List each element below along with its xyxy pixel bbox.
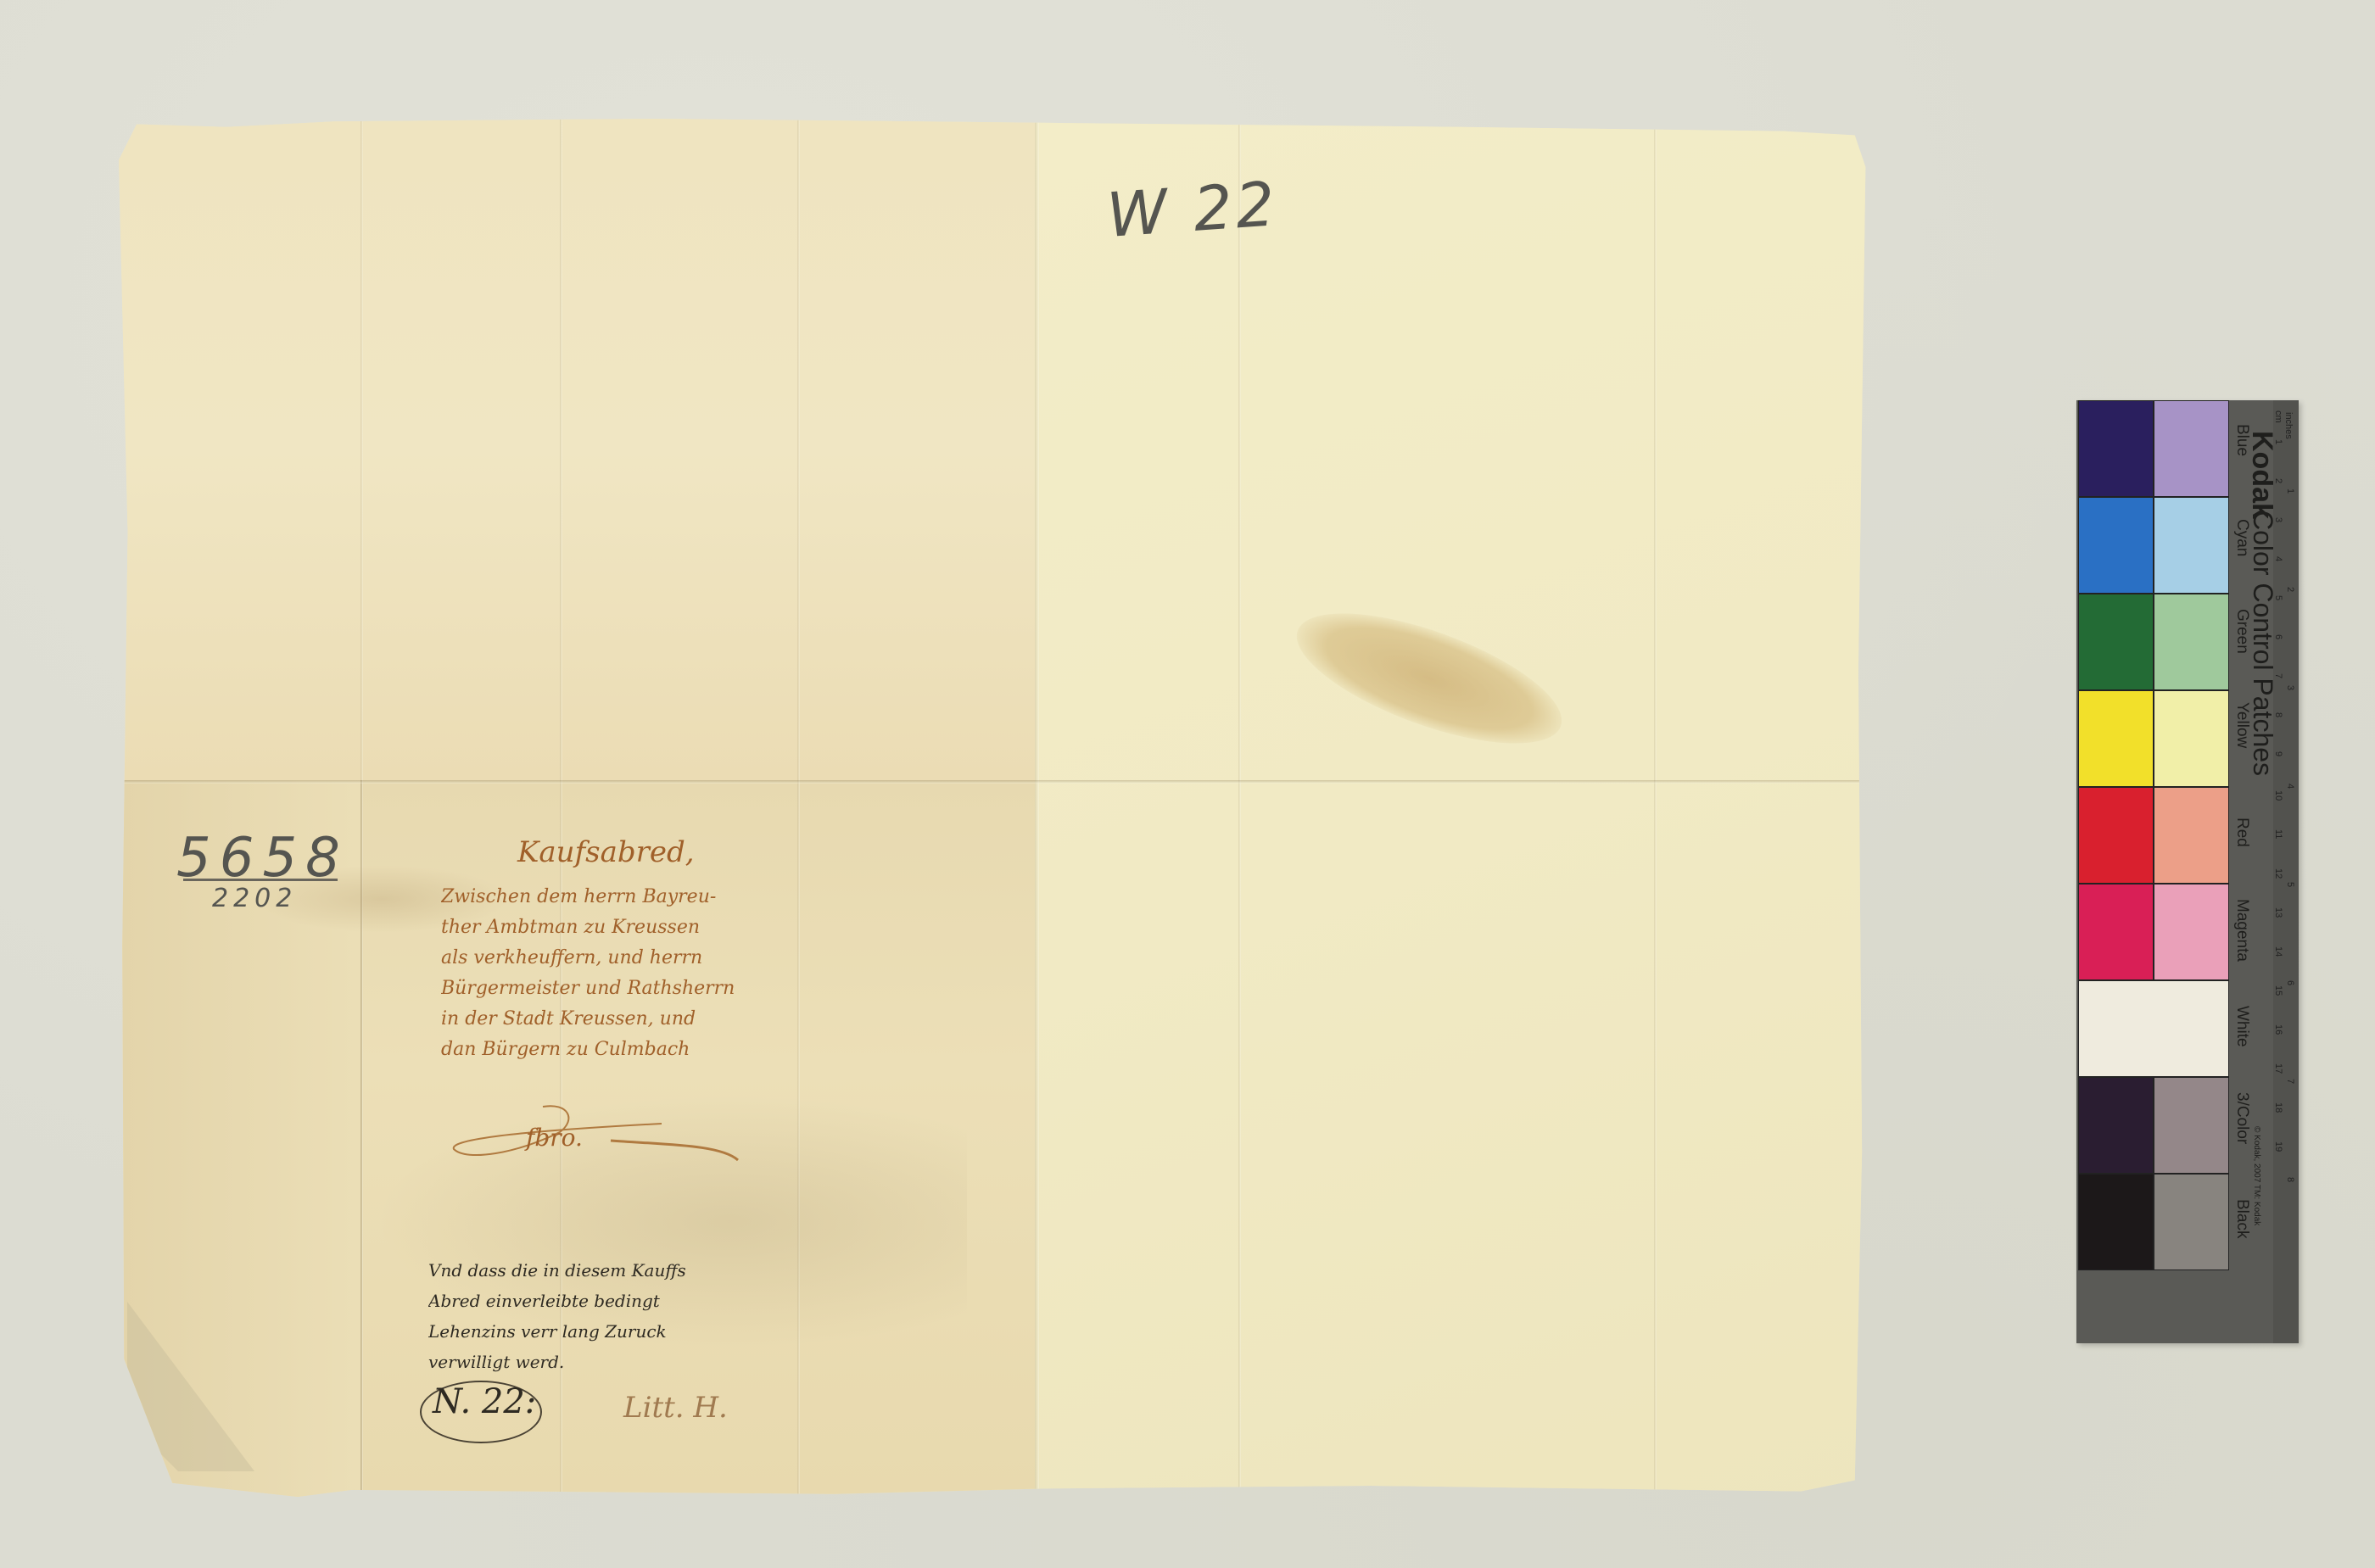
label-3color: 3/Color (2232, 1092, 2251, 1144)
handwritten-line: ther Ambtman zu Kreussen (441, 912, 797, 943)
patch-yellow-dark (2078, 690, 2154, 787)
handwritten-line: Vnd dass die in diesem Kauffs (428, 1255, 785, 1286)
cm-tick: 3 (2273, 517, 2283, 522)
patch-yellow-light (2154, 690, 2229, 787)
patch-red-dark (2078, 787, 2154, 884)
label-magenta: Magenta (2232, 899, 2251, 962)
cm-tick: 8 (2273, 712, 2283, 717)
handwritten-line: Zwischen dem herrn Bayreu- (441, 882, 797, 912)
inch-tick: 8 (2285, 1177, 2295, 1182)
handwritten-line: Abred einverleibte bedingt (428, 1286, 785, 1316)
patch-white (2078, 980, 2229, 1077)
brown-ink-initials: Litt. H. (623, 1391, 728, 1425)
cm-tick: 15 (2273, 985, 2283, 996)
patch-black-dark (2078, 1174, 2154, 1270)
handwritten-line: dan Bürgern zu Culmbach (441, 1035, 797, 1065)
patch-black-light (2154, 1174, 2229, 1270)
patch-cyan-light (2154, 497, 2229, 594)
archive-number-rule (183, 879, 338, 881)
fold-line (1654, 119, 1657, 1497)
label-white: White (2232, 1006, 2251, 1047)
target-copyright: © Kodak, 2007 TM: Kodak (2252, 1126, 2261, 1225)
cm-tick: 14 (2273, 946, 2283, 957)
inch-tick: 6 (2285, 980, 2295, 985)
cm-tick: 7 (2273, 673, 2283, 678)
patch-blue-light (2154, 400, 2229, 497)
handwritten-line: Bürgermeister und Rathsherrn (441, 974, 797, 1004)
cm-tick: 4 (2273, 556, 2283, 561)
ruler-inch-unit: inches (2283, 412, 2294, 439)
patch-blue-dark (2078, 400, 2154, 497)
cm-tick: 17 (2273, 1063, 2283, 1074)
patch-label-strip: Blue Cyan Green Yellow Red Magenta White… (2231, 400, 2273, 1343)
signature-flourish (450, 1102, 772, 1162)
patch-green-light (2154, 594, 2229, 690)
cm-tick: 16 (2273, 1024, 2283, 1035)
cm-tick: 13 (2273, 907, 2283, 918)
fold-line (1238, 119, 1241, 1497)
handwritten-line: Lehenzins verr lang Zuruck (428, 1316, 785, 1347)
right-panel (1035, 119, 1908, 1497)
label-red: Red (2232, 817, 2251, 847)
handwritten-line: verwilligt werd. (428, 1347, 785, 1377)
patch-cyan-dark (2078, 497, 2154, 594)
color-patch-grid (2078, 400, 2229, 1333)
patch-magenta-dark (2078, 884, 2154, 980)
horizontal-fold (119, 780, 1908, 784)
patch-3color-dark (2078, 1077, 2154, 1174)
center-fold (1035, 119, 1039, 1497)
inch-tick: 3 (2285, 685, 2295, 690)
cm-tick: 19 (2273, 1141, 2283, 1152)
inch-tick: 5 (2285, 882, 2295, 887)
brown-ink-heading: Kaufsabred, (517, 835, 695, 869)
cm-tick: 18 (2273, 1102, 2283, 1113)
fold-line (360, 119, 363, 1497)
handwritten-line: als verkheuffern, und herrn (441, 943, 797, 974)
cm-tick: 12 (2273, 868, 2283, 879)
patch-red-light (2154, 787, 2229, 884)
ruler: cm inches 1 2 3 4 5 6 7 8 9 10 11 12 13 … (2273, 400, 2299, 1343)
document-sheet (119, 119, 1908, 1497)
label-black: Black (2232, 1199, 2251, 1238)
inch-tick: 1 (2285, 488, 2295, 494)
pencil-shelfmark: W 22 (1104, 168, 1280, 251)
cm-tick: 10 (2273, 790, 2283, 801)
inch-tick: 2 (2285, 587, 2295, 592)
left-upper-panel (119, 119, 1035, 780)
patch-3color-light (2154, 1077, 2229, 1174)
inch-tick: 7 (2285, 1079, 2295, 1084)
handwritten-line: in der Stadt Kreussen, und (441, 1004, 797, 1035)
ruler-cm-unit: cm (2273, 410, 2283, 423)
patch-green-dark (2078, 594, 2154, 690)
cm-tick: 2 (2273, 478, 2283, 483)
dark-ink-reference: N. 22: (433, 1382, 536, 1421)
kodak-color-target: Blue Cyan Green Yellow Red Magenta White… (2076, 400, 2299, 1343)
patch-magenta-light (2154, 884, 2229, 980)
archive-subnumber: 2202 (212, 884, 297, 913)
cm-tick: 1 (2273, 439, 2283, 444)
brown-ink-text-block: Zwischen dem herrn Bayreu- ther Ambtman … (441, 882, 797, 1065)
inch-tick: 4 (2285, 784, 2295, 789)
brown-ink-signature: fbro. (526, 1124, 583, 1152)
cm-tick: 9 (2273, 751, 2283, 756)
dark-ink-text-block: Vnd dass die in diesem Kauffs Abred einv… (428, 1255, 785, 1377)
cm-tick: 5 (2273, 595, 2283, 600)
cm-tick: 11 (2273, 829, 2283, 839)
cm-tick: 6 (2273, 634, 2283, 639)
